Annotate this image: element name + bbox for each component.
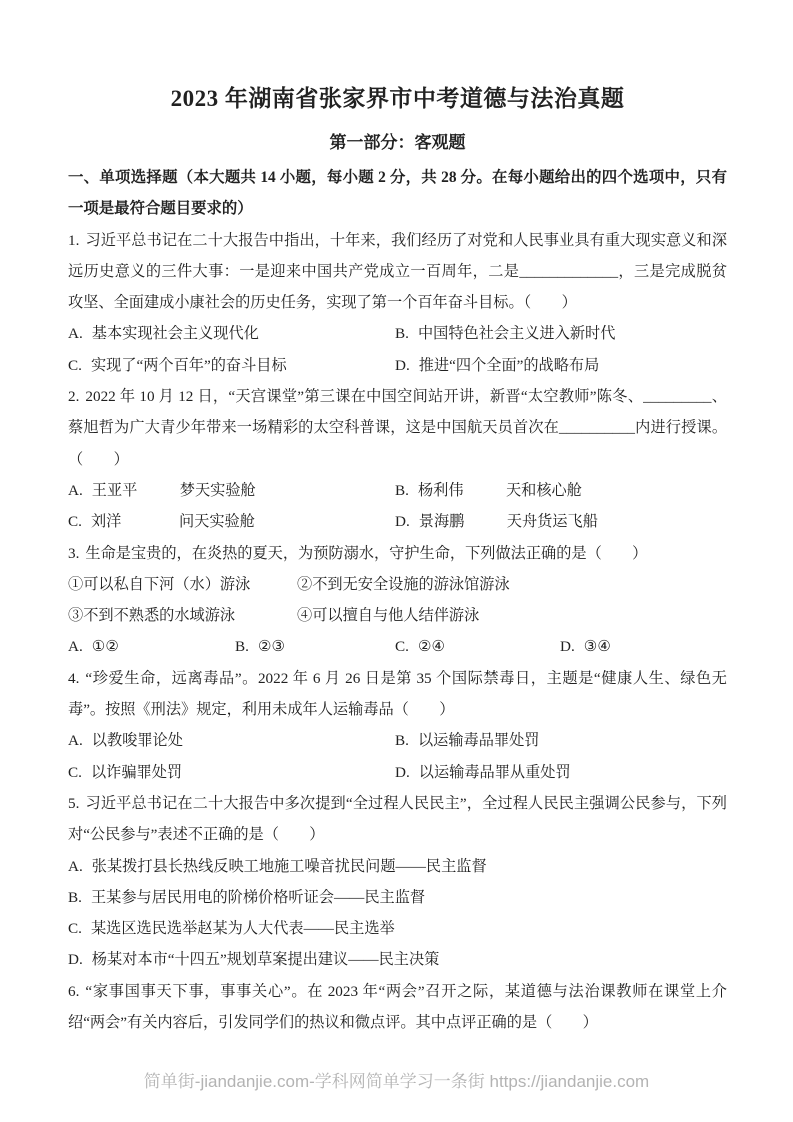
option-c: C.②④ (395, 631, 560, 662)
option-text: 以诈骗罪处罚 (91, 764, 182, 781)
option-b: B.②③ (235, 631, 395, 662)
statement-1: ①可以私自下河（水）游泳 (68, 569, 297, 600)
option-b: B.中国特色社会主义进入新时代 (395, 318, 727, 349)
option-label: B. (68, 889, 91, 906)
option-text: ③④ (584, 638, 611, 655)
option-label: C. (395, 638, 418, 655)
option-label: B. (395, 482, 418, 499)
page-content: 2023 年湖南省张家界市中考道德与法治真题 第一部分：客观题 一、单项选择题（… (0, 0, 793, 1038)
option-module: 梦天实验舱 (180, 482, 256, 499)
question-5-options: A.张某拨打县长热线反映工地施工噪音扰民问题——民主监督 B.王某参与居民用电的… (68, 851, 727, 976)
option-text: 某选区选民选举赵某为人大代表——民主选举 (91, 920, 395, 937)
option-d: D.景海鹏天舟货运飞船 (395, 506, 727, 537)
option-a: A.以教唆罪论处 (68, 725, 395, 756)
option-label: C. (68, 920, 91, 937)
question-number: 3. (68, 545, 79, 562)
option-text: 杨某对本市“十四五”规划草案提出建议——民主决策 (92, 951, 440, 968)
question-text: “家事国事天下事，事事关心”。在 2023 年“两会”召开之际，某道德与法治课教… (68, 983, 727, 1031)
question-3-options: A.①② B.②③ C.②④ D.③④ (68, 631, 727, 662)
option-a: A.①② (68, 631, 235, 662)
question-3-statements: ①可以私自下河（水）游泳 ②不到无安全设施的游泳馆游泳 ③不到不熟悉的水域游泳 … (68, 569, 727, 632)
option-module: 天舟货运飞船 (507, 513, 598, 530)
option-text: ②④ (418, 638, 445, 655)
option-text: 基本实现社会主义现代化 (92, 325, 259, 342)
option-b: B.以运输毒品罪处罚 (395, 725, 727, 756)
option-label: D. (560, 638, 584, 655)
option-d: D.以运输毒品罪从重处罚 (395, 757, 727, 788)
option-c: C.以诈骗罪处罚 (68, 757, 395, 788)
option-text: 推进“四个全面”的战略布局 (419, 357, 600, 374)
option-text: ①② (92, 638, 119, 655)
option-label: A. (68, 638, 92, 655)
question-number: 1. (68, 232, 79, 249)
question-3: 3.生命是宝贵的，在炎热的夏天，为预防溺水，守护生命，下列做法正确的是（ ） ①… (68, 538, 727, 663)
section-header: 一、单项选择题（本大题共 14 小题，每小题 2 分，共 28 分。在每小题给出… (68, 162, 727, 225)
question-text: 2022 年 10 月 12 日，“天宫课堂”第三课在中国空间站开讲，新晋“太空… (68, 388, 727, 468)
option-module: 问天实验舱 (179, 513, 255, 530)
option-label: D. (395, 764, 419, 781)
option-label: B. (395, 325, 418, 342)
option-label: A. (68, 482, 92, 499)
option-label: C. (68, 357, 91, 374)
option-label: C. (68, 513, 91, 530)
question-1-stem: 1.习近平总书记在二十大报告中指出，十年来，我们经历了对党和人民事业具有重大现实… (68, 225, 727, 319)
option-label: D. (395, 357, 419, 374)
exam-paper-page: 2023 年湖南省张家界市中考道德与法治真题 第一部分：客观题 一、单项选择题（… (0, 0, 793, 1122)
option-text: ②③ (258, 638, 285, 655)
question-6-stem: 6.“家事国事天下事，事事关心”。在 2023 年“两会”召开之际，某道德与法治… (68, 976, 727, 1039)
watermark-footer: 简单街-jiandanjie.com-学科网简单学习一条街 https://ji… (0, 1067, 793, 1092)
option-b: B.杨利伟天和核心舱 (395, 475, 727, 506)
option-a: A.基本实现社会主义现代化 (68, 318, 395, 349)
question-2-stem: 2.2022 年 10 月 12 日，“天宫课堂”第三课在中国空间站开讲，新晋“… (68, 381, 727, 475)
option-person: 王亚平 (92, 475, 180, 506)
question-number: 6. (68, 983, 79, 1000)
option-text: 张某拨打县长热线反映工地施工噪音扰民问题——民主监督 (92, 858, 487, 875)
option-c: C.实现了“两个百年”的奋斗目标 (68, 350, 395, 381)
question-4-options: A.以教唆罪论处 B.以运输毒品罪处罚 C.以诈骗罪处罚 D.以运输毒品罪从重处… (68, 725, 727, 788)
question-number: 2. (68, 388, 79, 405)
question-6: 6.“家事国事天下事，事事关心”。在 2023 年“两会”召开之际，某道德与法治… (68, 976, 727, 1039)
option-d: D.③④ (560, 631, 727, 662)
option-a: A.王亚平梦天实验舱 (68, 475, 395, 506)
option-person: 杨利伟 (418, 475, 506, 506)
option-label: A. (68, 732, 92, 749)
question-5: 5.习近平总书记在二十大报告中多次提到“全过程人民民主”，全过程人民民主强调公民… (68, 788, 727, 976)
option-text: 以运输毒品罪从重处罚 (419, 764, 571, 781)
question-number: 4. (68, 670, 79, 687)
option-label: D. (395, 513, 419, 530)
option-label: B. (395, 732, 418, 749)
page-title: 2023 年湖南省张家界市中考道德与法治真题 (68, 83, 727, 115)
question-text: 生命是宝贵的，在炎热的夏天，为预防溺水，守护生命，下列做法正确的是（ ） (85, 545, 647, 562)
option-c: C.某选区选民选举赵某为人大代表——民主选举 (68, 913, 727, 944)
question-1-options: A.基本实现社会主义现代化 B.中国特色社会主义进入新时代 C.实现了“两个百年… (68, 318, 727, 381)
question-text: 习近平总书记在二十大报告中指出，十年来，我们经历了对党和人民事业具有重大现实意义… (68, 232, 727, 312)
question-text: 习近平总书记在二十大报告中多次提到“全过程人民民主”，全过程人民民主强调公民参与… (68, 795, 727, 843)
statement-3: ③不到不熟悉的水域游泳 (68, 600, 297, 631)
option-text: 实现了“两个百年”的奋斗目标 (91, 357, 287, 374)
option-text: 中国特色社会主义进入新时代 (418, 325, 615, 342)
question-1: 1.习近平总书记在二十大报告中指出，十年来，我们经历了对党和人民事业具有重大现实… (68, 225, 727, 381)
option-b: B.王某参与居民用电的阶梯价格听证会——民主监督 (68, 882, 727, 913)
option-a: A.张某拨打县长热线反映工地施工噪音扰民问题——民主监督 (68, 851, 727, 882)
option-module: 天和核心舱 (506, 482, 582, 499)
option-d: D.杨某对本市“十四五”规划草案提出建议——民主决策 (68, 944, 727, 975)
option-person: 刘洋 (91, 506, 179, 537)
option-text: 以教唆罪论处 (92, 732, 183, 749)
option-person: 景海鹏 (419, 506, 507, 537)
option-label: A. (68, 325, 92, 342)
question-4: 4.“珍爱生命，远离毒品”。2022 年 6 月 26 日是第 35 个国际禁毒… (68, 663, 727, 788)
option-c: C.刘洋问天实验舱 (68, 506, 395, 537)
option-text: 王某参与居民用电的阶梯价格听证会——民主监督 (91, 889, 425, 906)
option-label: D. (68, 951, 92, 968)
part-heading: 第一部分：客观题 (68, 131, 727, 155)
statement-4: ④可以擅自与他人结伴游泳 (297, 600, 727, 631)
option-label: C. (68, 764, 91, 781)
question-3-stem: 3.生命是宝贵的，在炎热的夏天，为预防溺水，守护生命，下列做法正确的是（ ） (68, 538, 727, 569)
question-4-stem: 4.“珍爱生命，远离毒品”。2022 年 6 月 26 日是第 35 个国际禁毒… (68, 663, 727, 726)
question-text: “珍爱生命，远离毒品”。2022 年 6 月 26 日是第 35 个国际禁毒日，… (68, 670, 727, 718)
option-text: 以运输毒品罪处罚 (418, 732, 540, 749)
option-d: D.推进“四个全面”的战略布局 (395, 350, 727, 381)
question-number: 5. (68, 795, 79, 812)
question-5-stem: 5.习近平总书记在二十大报告中多次提到“全过程人民民主”，全过程人民民主强调公民… (68, 788, 727, 851)
option-label: B. (235, 638, 258, 655)
question-2: 2.2022 年 10 月 12 日，“天宫课堂”第三课在中国空间站开讲，新晋“… (68, 381, 727, 537)
statement-2: ②不到无安全设施的游泳馆游泳 (297, 569, 727, 600)
option-label: A. (68, 858, 92, 875)
question-2-options: A.王亚平梦天实验舱 B.杨利伟天和核心舱 C.刘洋问天实验舱 D.景海鹏天舟货… (68, 475, 727, 538)
